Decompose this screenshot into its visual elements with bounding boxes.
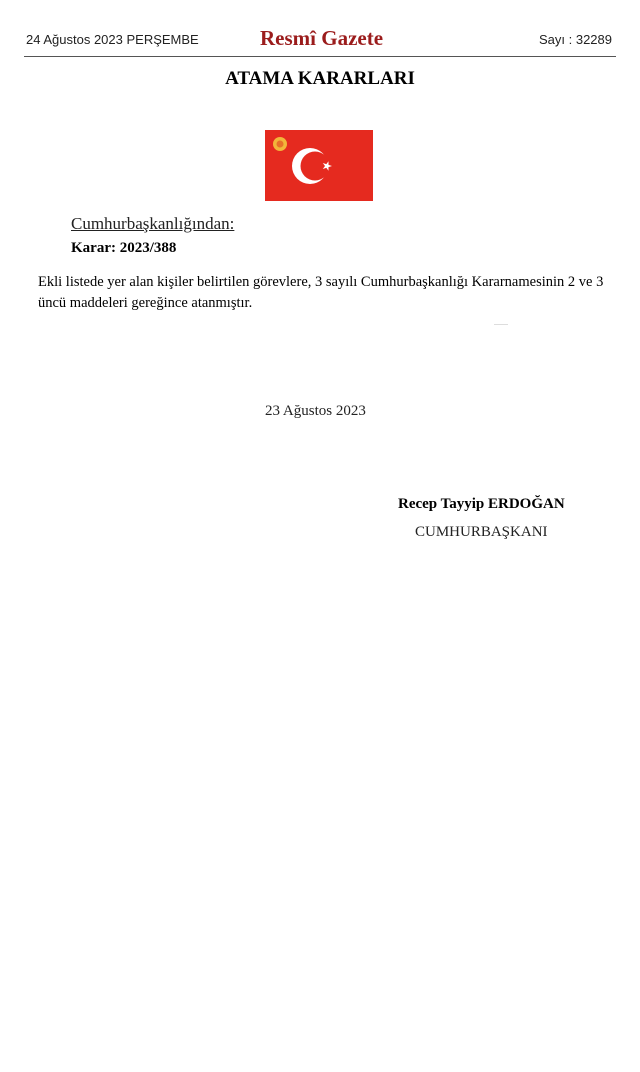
decision-date: 23 Ağustos 2023 <box>265 403 366 420</box>
gazette-title: Resmî Gazete <box>260 26 383 51</box>
turkish-flag-icon <box>265 130 373 201</box>
gazette-header: 24 Ağustos 2023 PERŞEMBE Resmî Gazete Sa… <box>24 28 616 57</box>
signer-title: CUMHURBAŞKANI <box>415 524 548 541</box>
issue-number: Sayı : 32289 <box>539 32 612 47</box>
document-title: ATAMA KARARLARI <box>0 68 640 90</box>
signer-name: Recep Tayyip ERDOĞAN <box>398 496 565 513</box>
decision-body: Ekli listede yer alan kişiler belirtilen… <box>38 272 608 314</box>
scan-artifact <box>494 324 508 325</box>
issuer-heading: Cumhurbaşkanlığından: <box>71 214 234 234</box>
publication-date: 24 Ağustos 2023 PERŞEMBE <box>26 32 199 47</box>
decision-number: Karar: 2023/388 <box>71 240 176 257</box>
